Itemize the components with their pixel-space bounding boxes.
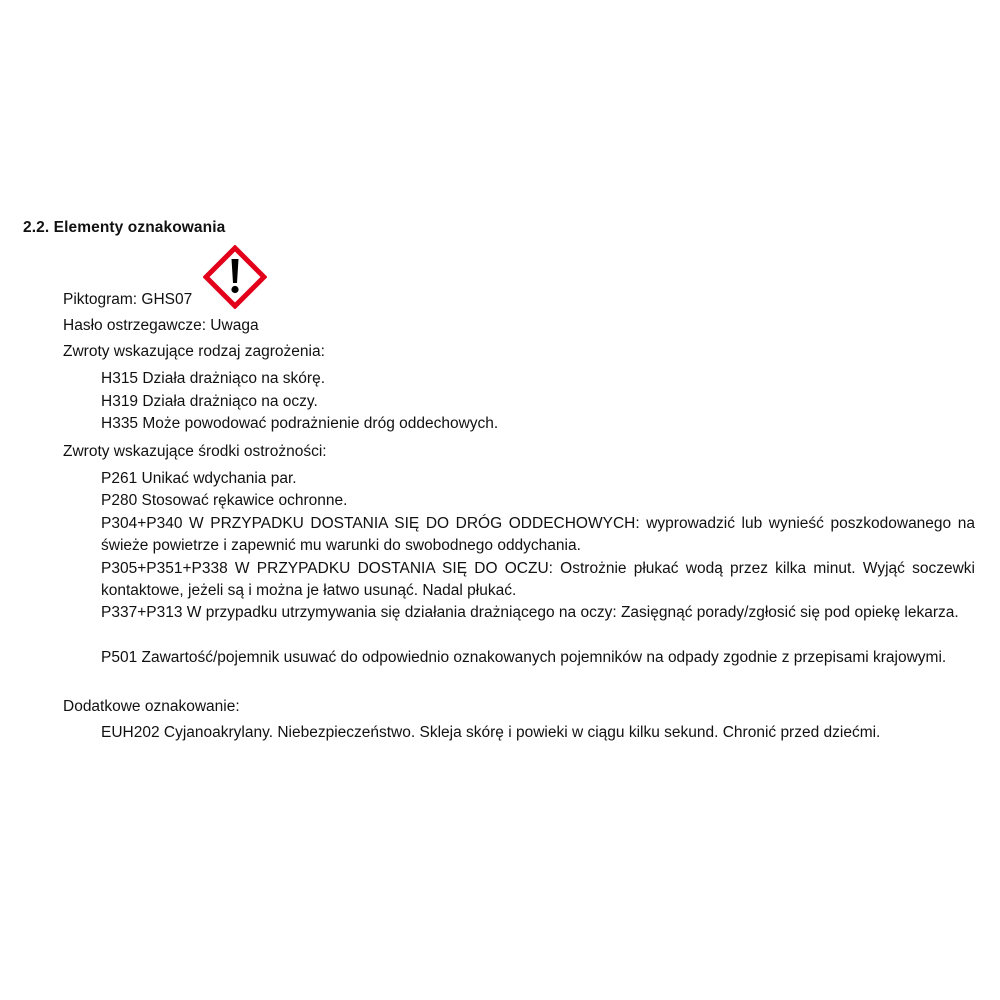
- hazard-statement-h335: H335 Może powodować podrażnienie dróg od…: [101, 414, 498, 434]
- hazard-statements-title: Zwroty wskazujące rodzaj zagrożenia:: [63, 342, 325, 362]
- hazard-statement-h319: H319 Działa drażniąco na oczy.: [101, 392, 318, 412]
- precautionary-statements-title: Zwroty wskazujące środki ostrożności:: [63, 442, 327, 462]
- section-heading: 2.2. Elementy oznakowania: [23, 219, 225, 237]
- precautionary-statement-p337-p313: P337+P313 W przypadku utrzymywania się d…: [101, 602, 975, 624]
- additional-labelling-title: Dodatkowe oznakowanie:: [63, 697, 240, 717]
- pictogram-label: Piktogram: GHS07: [63, 290, 192, 310]
- signal-word: Hasło ostrzegawcze: Uwaga: [63, 316, 259, 336]
- precautionary-statement-p501: P501 Zawartość/pojemnik usuwać do odpowi…: [101, 647, 975, 669]
- ghs07-exclamation-icon: [203, 245, 267, 309]
- hazard-statement-h315: H315 Działa drażniąco na skórę.: [101, 369, 325, 389]
- precautionary-statement-p305-p351-p338: P305+P351+P338 W PRZYPADKU DOSTANIA SIĘ …: [101, 558, 975, 602]
- additional-labelling-euh202: EUH202 Cyjanoakrylany. Niebezpieczeństwo…: [101, 723, 880, 743]
- precautionary-statement-p261: P261 Unikać wdychania par.: [101, 469, 297, 489]
- precautionary-statement-p304-p340: P304+P340 W PRZYPADKU DOSTANIA SIĘ DO DR…: [101, 513, 975, 557]
- precautionary-statement-p280: P280 Stosować rękawice ochronne.: [101, 491, 347, 511]
